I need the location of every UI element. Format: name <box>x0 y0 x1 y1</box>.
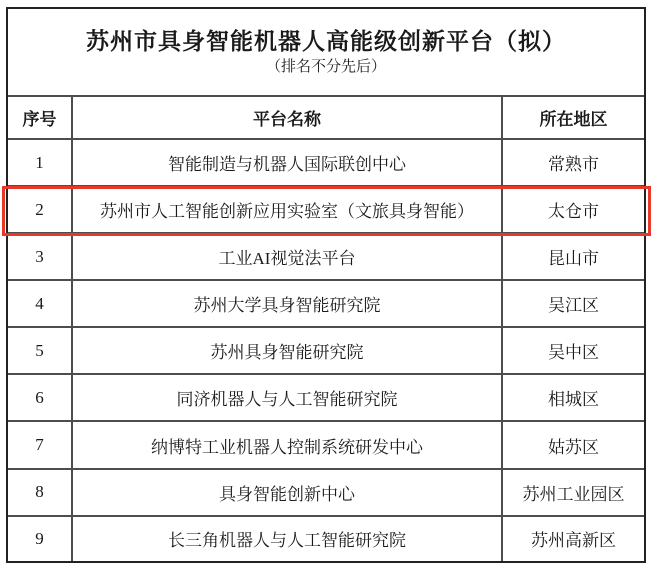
title-block: 苏州市具身智能机器人高能级创新平台（拟） （排名不分先后） <box>8 9 644 97</box>
cell-number: 8 <box>8 469 72 516</box>
cell-platform-name: 苏州具身智能研究院 <box>72 327 502 374</box>
cell-region: 姑苏区 <box>502 421 644 468</box>
table-row: 7 纳博特工业机器人控制系统研发中心 姑苏区 <box>8 421 644 468</box>
cell-region: 苏州高新区 <box>502 516 644 561</box>
column-header-name: 平台名称 <box>72 97 502 139</box>
table-body: 1 智能制造与机器人国际联创中心 常熟市 2 苏州市人工智能创新应用实验室（文旅… <box>8 139 644 561</box>
cell-number: 6 <box>8 374 72 421</box>
cell-platform-name: 苏州市人工智能创新应用实验室（文旅具身智能） <box>72 186 502 233</box>
table-row: 6 同济机器人与人工智能研究院 相城区 <box>8 374 644 421</box>
page: { "figure": { "title": "苏州市具身智能机器人高能级创新平… <box>0 0 654 570</box>
cell-region: 相城区 <box>502 374 644 421</box>
platform-table: 序号 平台名称 所在地区 1 智能制造与机器人国际联创中心 常熟市 2 苏州市人… <box>8 97 644 561</box>
column-header-no: 序号 <box>8 97 72 139</box>
cell-region: 吴江区 <box>502 280 644 327</box>
cell-platform-name: 工业AI视觉法平台 <box>72 233 502 280</box>
table-row: 5 苏州具身智能研究院 吴中区 <box>8 327 644 374</box>
cell-platform-name: 长三角机器人与人工智能研究院 <box>72 516 502 561</box>
cell-region: 苏州工业园区 <box>502 469 644 516</box>
table-sheet: 苏州市具身智能机器人高能级创新平台（拟） （排名不分先后） 序号 平台名称 所在… <box>6 7 646 563</box>
cell-number: 2 <box>8 186 72 233</box>
table-header-row: 序号 平台名称 所在地区 <box>8 97 644 139</box>
cell-platform-name: 同济机器人与人工智能研究院 <box>72 374 502 421</box>
cell-number: 5 <box>8 327 72 374</box>
cell-number: 7 <box>8 421 72 468</box>
cell-platform-name: 纳博特工业机器人控制系统研发中心 <box>72 421 502 468</box>
table-row: 4 苏州大学具身智能研究院 吴江区 <box>8 280 644 327</box>
cell-platform-name: 智能制造与机器人国际联创中心 <box>72 139 502 186</box>
cell-number: 4 <box>8 280 72 327</box>
cell-platform-name: 苏州大学具身智能研究院 <box>72 280 502 327</box>
cell-number: 3 <box>8 233 72 280</box>
table-row: 1 智能制造与机器人国际联创中心 常熟市 <box>8 139 644 186</box>
table-row: 8 具身智能创新中心 苏州工业园区 <box>8 469 644 516</box>
table-row: 2 苏州市人工智能创新应用实验室（文旅具身智能） 太仓市 <box>8 186 644 233</box>
table-header: 序号 平台名称 所在地区 <box>8 97 644 139</box>
page-title: 苏州市具身智能机器人高能级创新平台（拟） <box>86 30 566 53</box>
column-header-region: 所在地区 <box>502 97 644 139</box>
cell-region: 常熟市 <box>502 139 644 186</box>
table-row: 9 长三角机器人与人工智能研究院 苏州高新区 <box>8 516 644 561</box>
table-row: 3 工业AI视觉法平台 昆山市 <box>8 233 644 280</box>
cell-number: 1 <box>8 139 72 186</box>
cell-platform-name: 具身智能创新中心 <box>72 469 502 516</box>
cell-region: 吴中区 <box>502 327 644 374</box>
page-subtitle: （排名不分先后） <box>266 60 386 75</box>
cell-region: 昆山市 <box>502 233 644 280</box>
cell-region: 太仓市 <box>502 186 644 233</box>
cell-number: 9 <box>8 516 72 561</box>
